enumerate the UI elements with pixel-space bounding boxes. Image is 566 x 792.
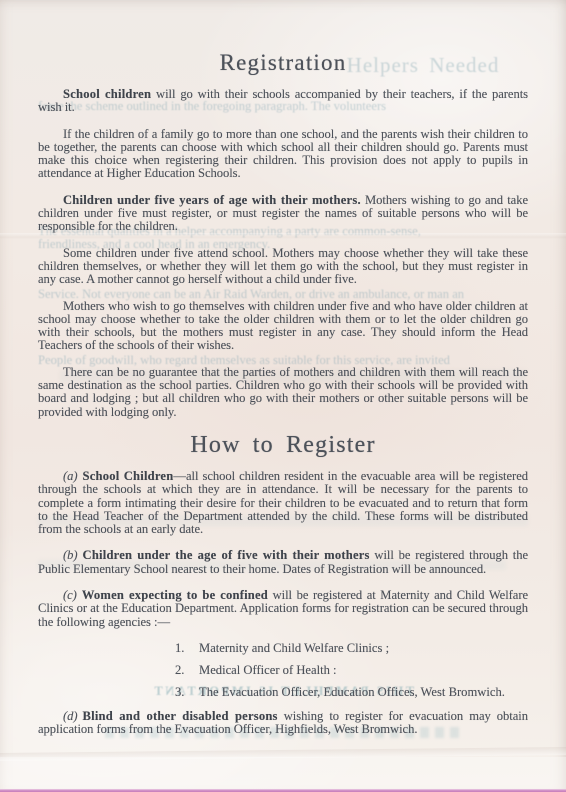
item-marker: (a) <box>63 469 78 483</box>
para-lead-bold: Children under the age of five with thei… <box>83 548 370 562</box>
para-lead-bold: Children under five years of age with th… <box>63 193 361 207</box>
list-item-number: 1. <box>175 642 199 655</box>
para-text: Mothers who wish to go themselves with c… <box>38 299 528 353</box>
para-text: If the children of a family go to more t… <box>38 127 528 181</box>
para-text: Some children under five attend school. … <box>38 246 528 287</box>
para-lead-bold: Women expecting to be confined <box>82 588 268 602</box>
paper-highlight <box>0 757 566 789</box>
para-lead-bold: Blind and other disabled persons <box>83 709 278 723</box>
list-item-text: Maternity and Child Welfare Clinics ; <box>199 642 389 655</box>
para-lead-bold: School children <box>63 87 151 101</box>
item-a-school-children: (a)School Children—all school children r… <box>38 470 528 536</box>
item-marker: (b) <box>63 548 78 562</box>
list-item: 1.Maternity and Child Welfare Clinics ; <box>175 642 528 655</box>
para-school-children: School children will go with their schoo… <box>38 88 528 115</box>
list-item-number: 3. <box>175 686 199 699</box>
document-content: Registration School children will go wit… <box>38 50 528 749</box>
para-under-five-mothers: Children under five years of age with th… <box>38 194 528 234</box>
para-text: There can be no guarantee that the parti… <box>38 365 528 419</box>
list-item-number: 2. <box>175 664 199 677</box>
list-item: 2.Medical Officer of Health : <box>175 664 528 677</box>
agency-list: 1.Maternity and Child Welfare Clinics ; … <box>175 642 528 699</box>
para-no-guarantee: There can be no guarantee that the parti… <box>38 366 528 419</box>
para-lead-bold: School Children <box>83 469 174 483</box>
list-item-text: Medical Officer of Health : <box>199 664 337 677</box>
item-b-under-five: (b)Children under the age of five with t… <box>38 549 528 576</box>
item-marker: (c) <box>63 588 77 602</box>
item-marker: (d) <box>63 709 78 723</box>
para-multiple-schools: If the children of a family go to more t… <box>38 128 528 181</box>
document-page: Helpers Needed force the scheme outlined… <box>0 0 566 792</box>
list-item: 3.The Evacuation Officer, Education Offi… <box>175 686 528 699</box>
item-c-women-confined: (c)Women expecting to be confined will b… <box>38 589 528 629</box>
item-d-blind-disabled: (d)Blind and other disabled persons wish… <box>38 710 528 737</box>
para-under-five-school: Some children under five attend school. … <box>38 247 528 287</box>
para-mothers-older-children: Mothers who wish to go themselves with c… <box>38 300 528 353</box>
registration-title: Registration <box>38 50 528 76</box>
list-item-text: The Evacuation Officer, Education Office… <box>199 686 505 699</box>
how-to-register-title: How to Register <box>38 432 528 459</box>
